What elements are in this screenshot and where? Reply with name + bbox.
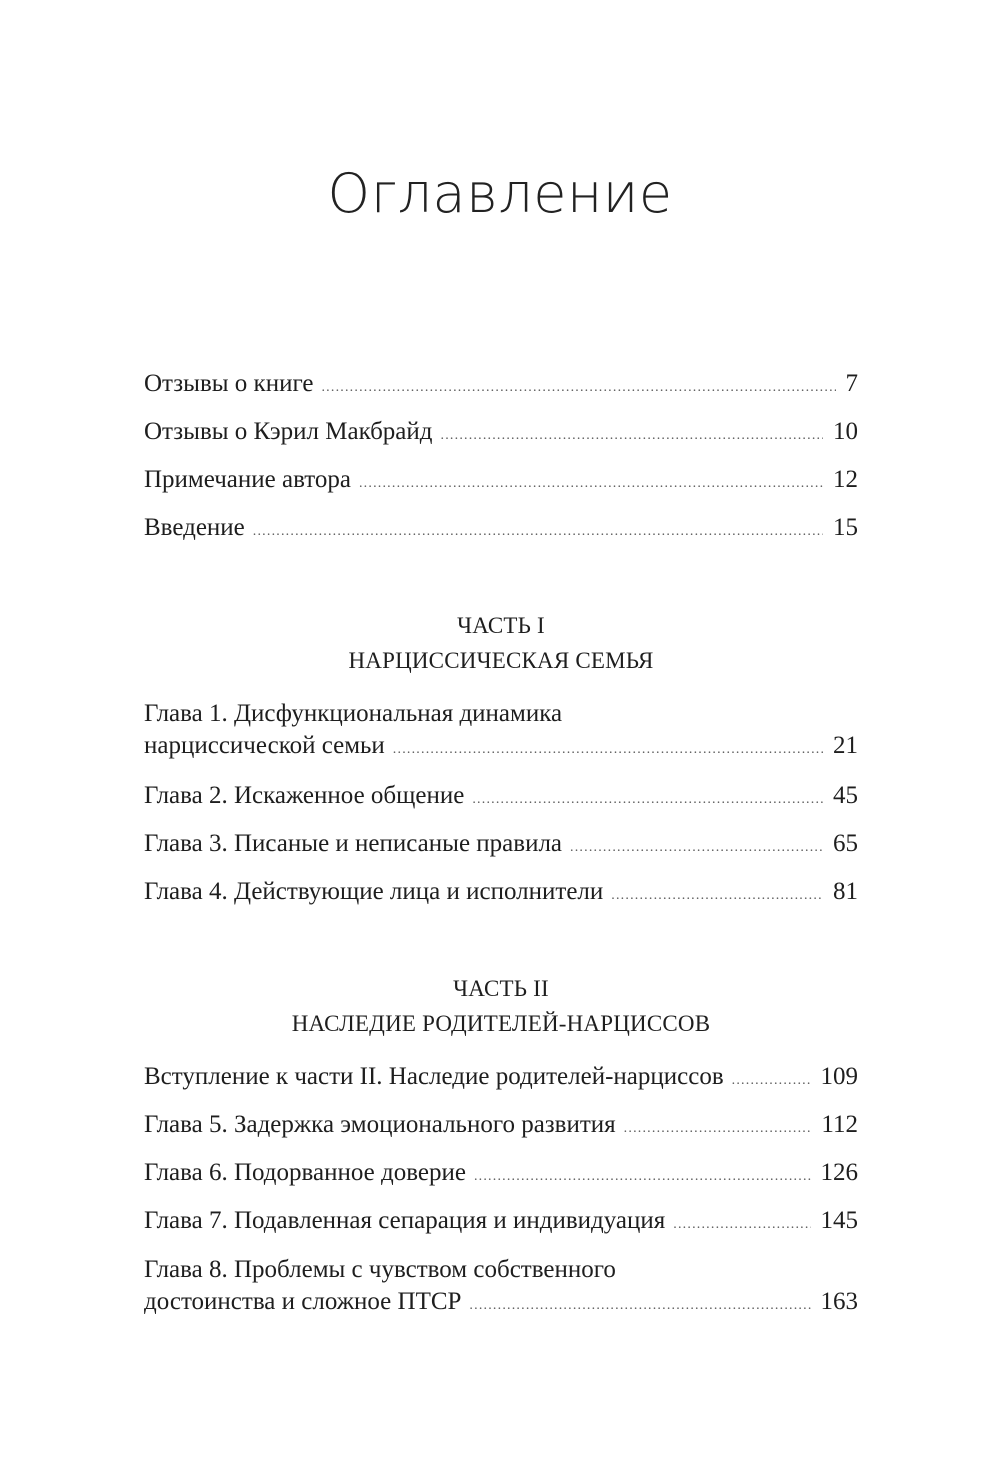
toc-entry[interactable]: Глава 7. Подавленная сепарация и индивид… bbox=[144, 1207, 858, 1237]
part-number: ЧАСТЬ I bbox=[144, 613, 858, 639]
toc-entry-label: Примечание автора bbox=[144, 466, 359, 494]
dot-leader bbox=[441, 428, 823, 444]
toc-entry-first-line: Глава 1. Дисфункциональная динамика bbox=[144, 700, 858, 728]
toc-entry-label: Глава 5. Задержка эмоционального развити… bbox=[144, 1111, 624, 1139]
dot-leader bbox=[611, 888, 823, 904]
toc-entry-page: 12 bbox=[823, 466, 858, 494]
toc-entry-label: Отзывы о Кэрил Макбрайд bbox=[144, 418, 441, 446]
toc-entry-page: 10 bbox=[823, 418, 858, 446]
toc-entry-page: 21 bbox=[823, 732, 858, 760]
toc-entry[interactable]: Глава 4. Действующие лица и исполнители8… bbox=[144, 878, 858, 908]
toc-entry-label: Глава 7. Подавленная сепарация и индивид… bbox=[144, 1207, 673, 1235]
dot-leader bbox=[321, 380, 835, 396]
dot-leader bbox=[624, 1121, 812, 1137]
toc-entry-label: нарциссической семьи bbox=[144, 732, 393, 760]
toc-entry[interactable]: Глава 5. Задержка эмоционального развити… bbox=[144, 1111, 858, 1141]
toc-entry[interactable]: Отзывы о книге7 bbox=[144, 370, 858, 400]
toc-entry[interactable]: Глава 3. Писаные и неписаные правила65 bbox=[144, 830, 858, 860]
toc-entry-page: 65 bbox=[823, 830, 858, 858]
toc-entry-label: Глава 6. Подорванное доверие bbox=[144, 1159, 474, 1187]
dot-leader bbox=[253, 524, 823, 540]
toc-entry-label: Вступление к части II. Наследие родителе… bbox=[144, 1063, 732, 1091]
dot-leader bbox=[359, 476, 823, 492]
toc-entry[interactable]: Отзывы о Кэрил Макбрайд10 bbox=[144, 418, 858, 448]
toc-entry-page: 109 bbox=[811, 1063, 859, 1091]
toc-entry-first-line: Глава 8. Проблемы с чувством собственног… bbox=[144, 1256, 858, 1284]
toc-entry-page: 145 bbox=[811, 1207, 859, 1235]
part-title: НАРЦИССИЧЕСКАЯ СЕМЬЯ bbox=[144, 648, 858, 674]
toc-entry-page: 126 bbox=[811, 1159, 859, 1187]
toc-entry-page: 81 bbox=[823, 878, 858, 906]
dot-leader bbox=[732, 1073, 811, 1089]
toc-entry-label: Введение bbox=[144, 514, 253, 542]
dot-leader bbox=[673, 1217, 810, 1233]
toc-entry[interactable]: Глава 6. Подорванное доверие126 bbox=[144, 1159, 858, 1189]
toc-entry-page: 45 bbox=[823, 782, 858, 810]
toc-entry-label: достоинства и сложное ПТСР bbox=[144, 1288, 469, 1316]
toc-entry[interactable]: Глава 1. Дисфункциональная динамика нарц… bbox=[144, 700, 858, 766]
toc-entry[interactable]: Глава 2. Искаженное общение45 bbox=[144, 782, 858, 812]
toc-entry-label: Глава 2. Искаженное общение bbox=[144, 782, 472, 810]
toc-entry[interactable]: Введение15 bbox=[144, 514, 858, 544]
toc-entry-label: Отзывы о книге bbox=[144, 370, 321, 398]
part-number: ЧАСТЬ II bbox=[144, 976, 858, 1002]
dot-leader bbox=[469, 1298, 810, 1314]
dot-leader bbox=[472, 792, 823, 808]
toc-entry-page: 15 bbox=[823, 514, 858, 542]
dot-leader bbox=[474, 1169, 811, 1185]
part-title: НАСЛЕДИЕ РОДИТЕЛЕЙ-НАРЦИССОВ bbox=[144, 1011, 858, 1037]
toc-entry[interactable]: Глава 8. Проблемы с чувством собственног… bbox=[144, 1256, 858, 1322]
toc-entry-label: Глава 4. Действующие лица и исполнители bbox=[144, 878, 611, 906]
toc-entry-page: 163 bbox=[811, 1288, 859, 1316]
dot-leader bbox=[393, 742, 823, 758]
toc-entry-page: 112 bbox=[811, 1111, 858, 1139]
dot-leader bbox=[570, 840, 823, 856]
toc-entry[interactable]: Вступление к части II. Наследие родителе… bbox=[144, 1063, 858, 1093]
page-title: Оглавление bbox=[0, 162, 1000, 225]
toc-entry-label: Глава 3. Писаные и неписаные правила bbox=[144, 830, 570, 858]
toc-entry-page: 7 bbox=[836, 370, 859, 398]
toc-entry[interactable]: Примечание автора12 bbox=[144, 466, 858, 496]
